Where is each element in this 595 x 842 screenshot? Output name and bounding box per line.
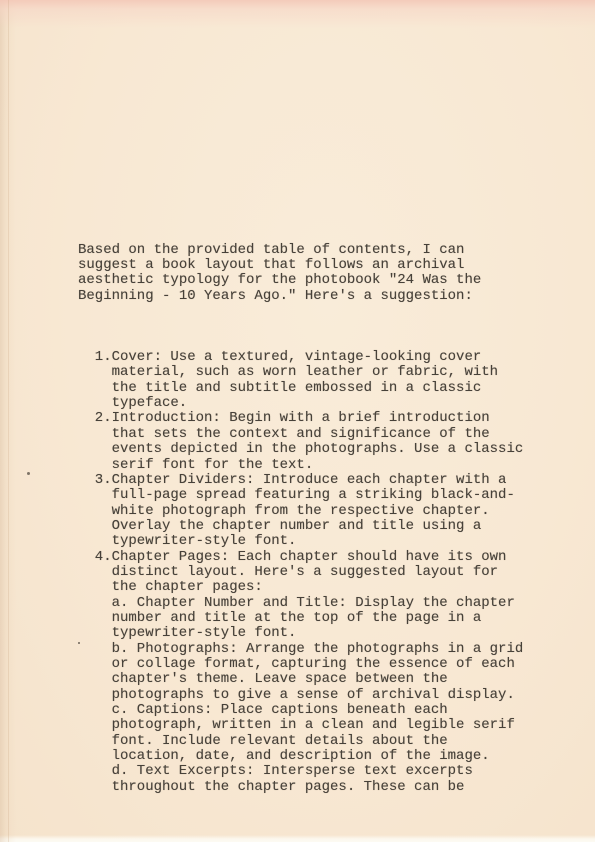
- list-line: 3.Chapter Dividers: Introduce each chapt…: [112, 473, 524, 488]
- list-number: 4.: [95, 550, 112, 565]
- list-line: typewriter-style font.: [112, 534, 524, 549]
- list-line: d. Text Excerpts: Intersperse text excer…: [112, 764, 524, 779]
- list-line: white photograph from the respective cha…: [112, 504, 524, 519]
- list-line: Overlay the chapter number and title usi…: [112, 519, 524, 534]
- list-line: the chapter pages:: [112, 580, 524, 595]
- paper-left-edge-crease: [8, 0, 9, 842]
- list-line: distinct layout. Here's a suggested layo…: [112, 565, 524, 580]
- list-line: throughout the chapter pages. These can …: [112, 780, 524, 795]
- list-line: that sets the context and significance o…: [112, 427, 524, 442]
- paper-speck: [78, 642, 80, 644]
- suggestion-list: 1.Cover: Use a textured, vintage-looking…: [95, 350, 523, 795]
- list-line: events depicted in the photographs. Use …: [112, 442, 524, 457]
- list-line: 2.Introduction: Begin with a brief intro…: [112, 411, 524, 426]
- scanned-page: Based on the provided table of contents,…: [0, 0, 595, 842]
- list-line: a. Chapter Number and Title: Display the…: [112, 596, 524, 611]
- paper-speck: [27, 472, 30, 475]
- list-line: the title and subtitle embossed in a cla…: [112, 381, 524, 396]
- paragraph-line: Beginning - 10 Years Ago." Here's a sugg…: [78, 289, 523, 304]
- list-line: number and title at the top of the page …: [112, 611, 524, 626]
- list-line: b. Photographs: Arrange the photographs …: [112, 642, 524, 657]
- list-line: typewriter-style font.: [112, 626, 524, 641]
- list-line: 4.Chapter Pages: Each chapter should hav…: [112, 550, 524, 565]
- list-line: photograph, written in a clean and legib…: [112, 718, 524, 733]
- list-number: 1.: [95, 350, 112, 365]
- intro-paragraph: Based on the provided table of contents,…: [78, 243, 523, 304]
- list-item: 3.Chapter Dividers: Introduce each chapt…: [95, 473, 523, 550]
- list-line: material, such as worn leather or fabric…: [112, 365, 524, 380]
- list-item: 4.Chapter Pages: Each chapter should hav…: [95, 550, 523, 796]
- list-line: font. Include relevant details about the: [112, 734, 524, 749]
- typewritten-text: Based on the provided table of contents,…: [78, 212, 523, 826]
- list-line: serif font for the text.: [112, 458, 524, 473]
- list-number: 3.: [95, 473, 112, 488]
- list-number: 2.: [95, 411, 112, 426]
- paragraph-line: Based on the provided table of contents,…: [78, 243, 523, 258]
- list-item: 2.Introduction: Begin with a brief intro…: [95, 411, 523, 472]
- list-item: 1.Cover: Use a textured, vintage-looking…: [95, 350, 523, 411]
- list-line: or collage format, capturing the essence…: [112, 657, 524, 672]
- list-line: chapter's theme. Leave space between the: [112, 672, 524, 687]
- list-line: full-page spread featuring a striking bl…: [112, 488, 524, 503]
- paragraph-line: aesthetic typology for the photobook "24…: [78, 273, 523, 288]
- list-line: photographs to give a sense of archival …: [112, 688, 524, 703]
